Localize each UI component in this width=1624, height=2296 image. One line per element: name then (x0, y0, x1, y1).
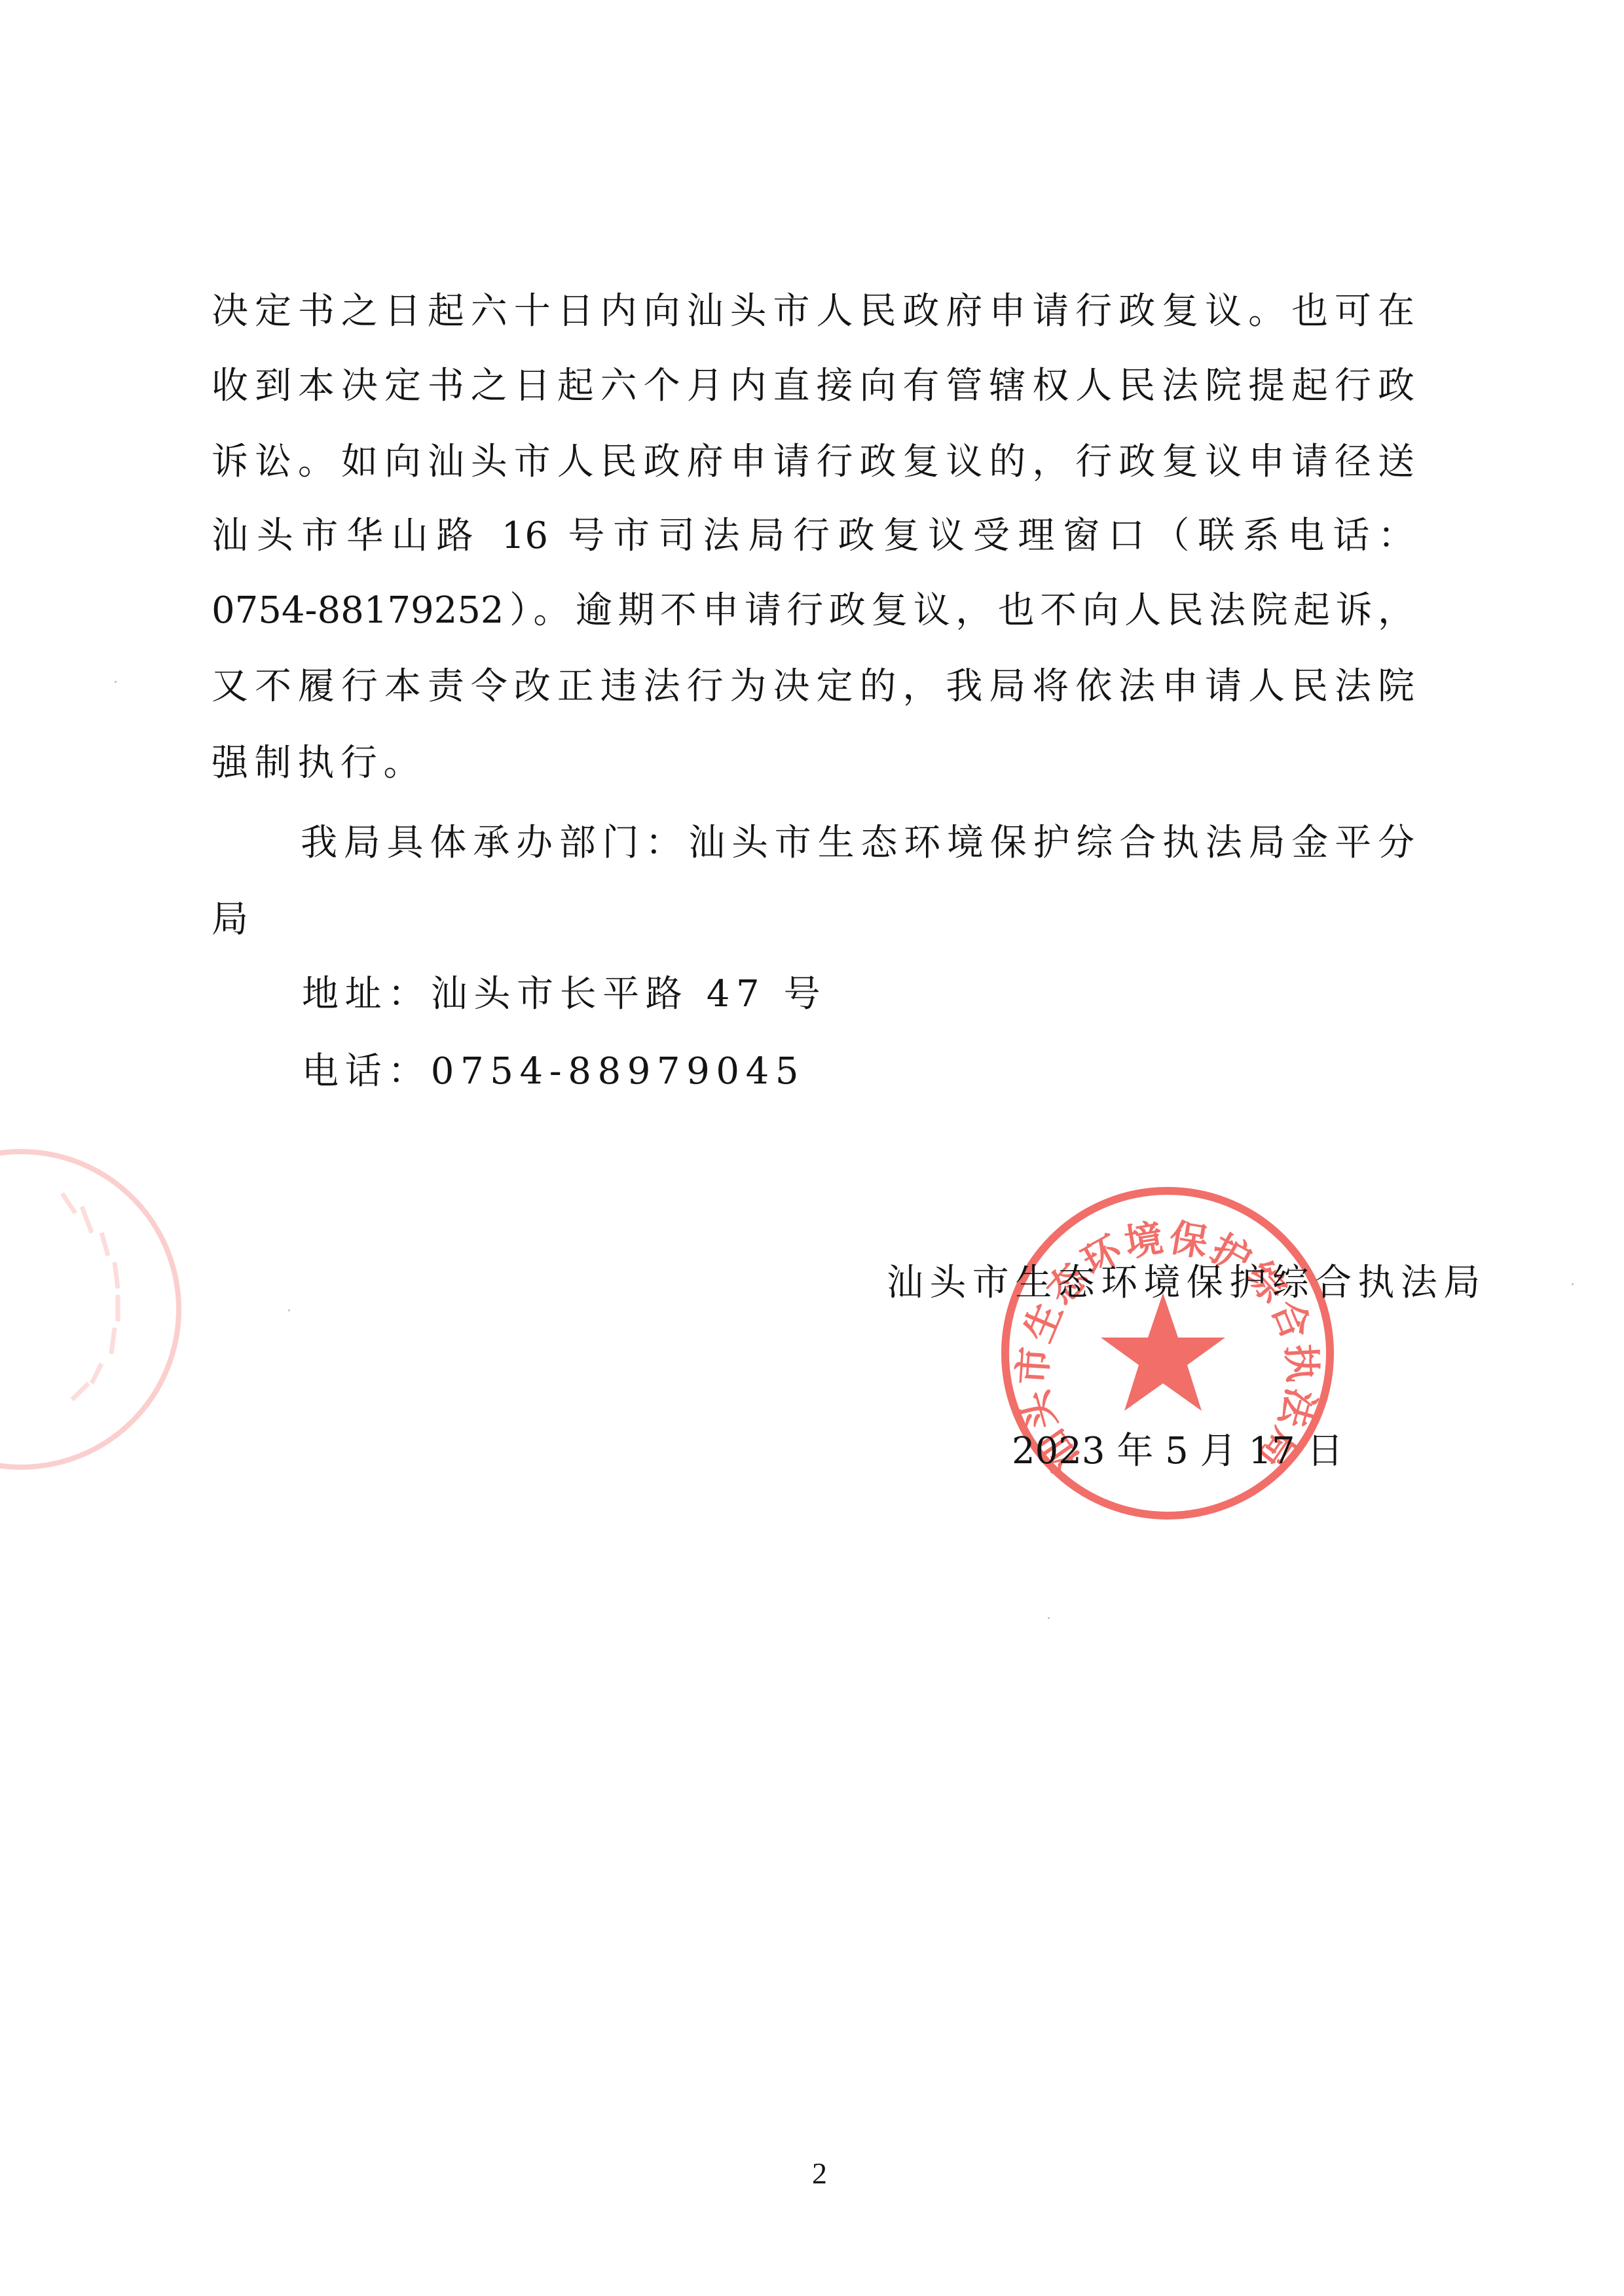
star-icon (1101, 1293, 1225, 1411)
scan-speck (288, 1309, 290, 1311)
issue-date: 2023 年 5 月 17 日 (1012, 1429, 1343, 1474)
department-line-continued: 局 (212, 897, 255, 943)
scan-speck (115, 681, 117, 683)
page-number: 2 (812, 2154, 827, 2193)
department-line: 我局具体承办部门：汕头市生态环境保护综合执法局金平分 (301, 820, 1414, 866)
document-page: 决定书之日起六十日内向汕头市人民政府申请行政复议。也可在 收到本决定书之日起六个… (0, 0, 1624, 2296)
scan-speck (1048, 1617, 1050, 1619)
body-line-4: 汕头市华山路 16 号市司法局行政复议受理窗口（联系电话： (212, 513, 1414, 559)
scan-speck (1572, 1283, 1574, 1285)
phone-line: 电话：0754-88979045 (302, 1049, 805, 1095)
body-line-6: 又不履行本责令改正违法行为决定的，我局将依法申请人民法院 (212, 664, 1414, 710)
body-line-7: 强制执行。 (212, 740, 426, 786)
body-line-2: 收到本决定书之日起六个月内直接向有管辖权人民法院提起行政 (212, 363, 1414, 409)
body-line-5: 0754-88179252）。逾期不申请行政复议，也不向人民法院起诉， (212, 588, 1414, 634)
side-seal-icon (0, 1154, 176, 1465)
body-line-3: 诉讼。如向汕头市人民政府申请行政复议的，行政复议申请径送 (212, 439, 1414, 485)
issuer-name: 汕头市生态环境保护综合执法局 (887, 1260, 1486, 1306)
body-line-1: 决定书之日起六十日内向汕头市人民政府申请行政复议。也可在 (212, 289, 1414, 335)
side-seal (0, 1149, 181, 1470)
address-line: 地址：汕头市长平路 47 号 (302, 972, 826, 1017)
